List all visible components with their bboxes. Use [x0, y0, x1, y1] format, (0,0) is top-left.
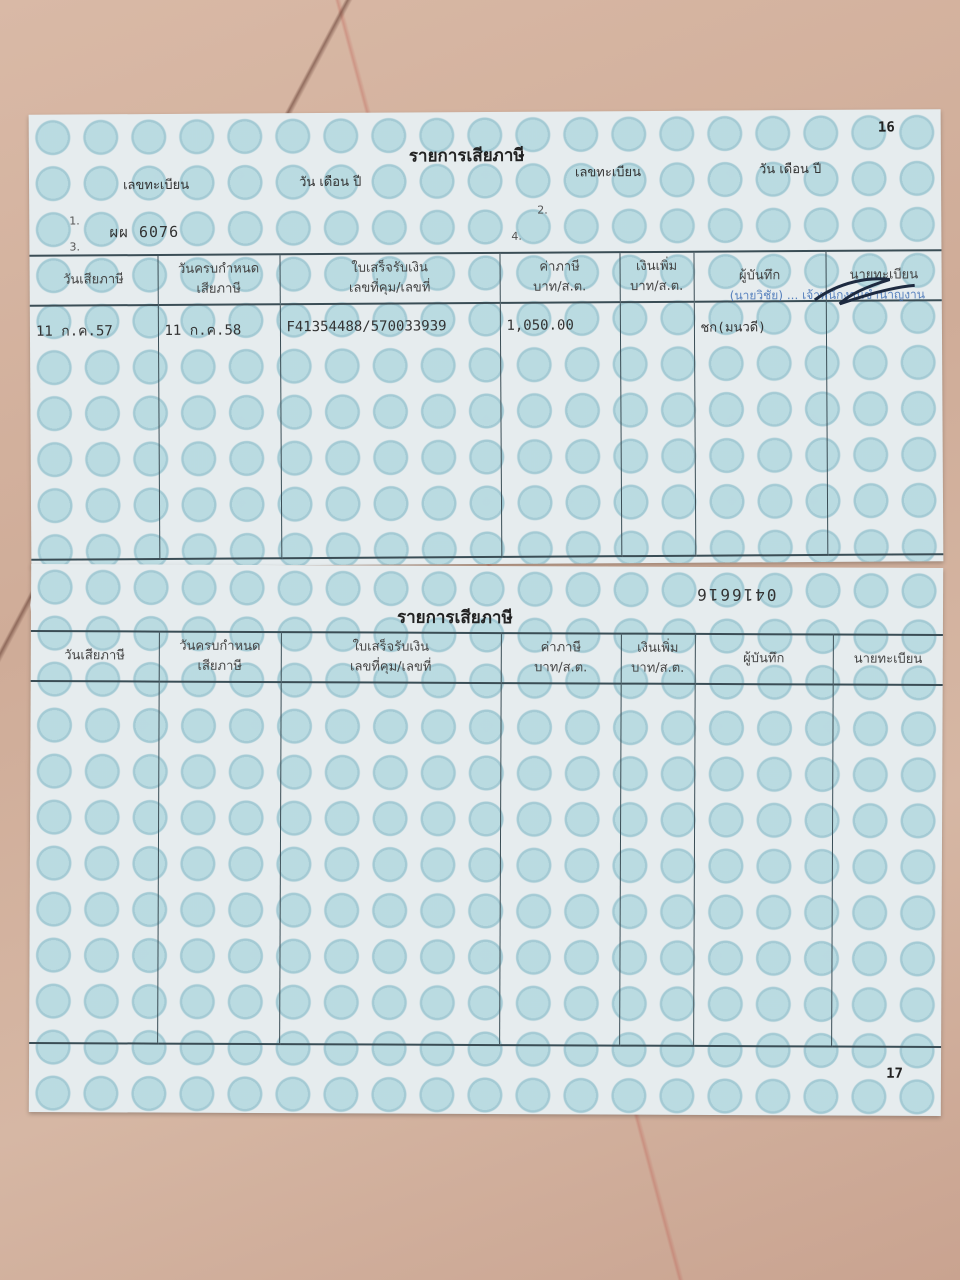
due-date: 11 ก.ค.58	[158, 304, 282, 559]
tax-record-page-17: 0416616 รายการเสียภาษี วันเสียภาษี วันคร…	[29, 564, 943, 1116]
tax-paid-date: 11 ก.ค.57	[30, 305, 160, 560]
col-due-date: วันครบกำหนดเสียภาษี	[157, 254, 279, 305]
entry-index-3: 3.	[69, 240, 80, 253]
table-row-empty	[29, 681, 943, 1047]
entry-index-2: 2.	[537, 204, 548, 217]
recorder: ชก(มนวดี)	[694, 301, 828, 556]
registration-label-right: เลขทะเบียน	[575, 161, 641, 182]
tax-record-page-16: 16 รายการเสียภาษี เลขทะเบียน วัน เดือน ป…	[29, 109, 944, 567]
entry-index-1: 1.	[69, 214, 80, 227]
col-recorder: ผู้บันทึก	[695, 634, 833, 685]
date-label-right: วัน เดือน ปี	[759, 158, 821, 179]
page-title: รายการเสียภาษี	[397, 604, 513, 632]
col-tax-amount: ค่าภาษีบาท/ส.ต.	[499, 252, 619, 303]
entry-index-4: 4.	[511, 230, 522, 243]
date-label-left: วัน เดือน ปี	[299, 171, 361, 192]
col-surcharge: เงินเพิ่มบาท/ส.ต.	[621, 634, 695, 684]
page-title: รายการเสียภาษี	[409, 142, 525, 170]
serial-number: 0416616	[695, 585, 777, 604]
page-number: 16	[878, 119, 895, 135]
col-surcharge: เงินเพิ่มบาท/ส.ต.	[619, 252, 693, 302]
tax-payment-table-bottom: วันเสียภาษี วันครบกำหนดเสียภาษี ใบเสร็จร…	[29, 630, 943, 1048]
registration-plate: ผผ 6076	[109, 220, 179, 244]
tax-amount: 1,050.00	[500, 302, 622, 557]
page-number: 17	[886, 1066, 903, 1082]
col-tax-amount: ค่าภาษีบาท/ส.ต.	[501, 633, 621, 684]
col-due-date: วันครบกำหนดเสียภาษี	[159, 632, 281, 683]
receipt-number: F41354488/570033939	[280, 303, 502, 558]
col-receipt: ใบเสร็จรับเงินเลขที่คุม/เลขที่	[281, 632, 501, 683]
surcharge	[620, 302, 696, 556]
table-header-row: วันเสียภาษี วันครบกำหนดเสียภาษี ใบเสร็จร…	[31, 631, 943, 685]
col-receipt: ใบเสร็จรับเงินเลขที่คุม/เลขที่	[279, 253, 499, 304]
col-tax-paid-date: วันเสียภาษี	[29, 255, 157, 306]
signature-icon	[810, 271, 920, 312]
registrar	[826, 300, 944, 555]
table-row: 11 ก.ค.57 11 ก.ค.58 F41354488/570033939 …	[30, 300, 944, 560]
col-registrar: นายทะเบียน	[833, 635, 943, 685]
col-tax-paid-date: วันเสียภาษี	[31, 631, 159, 682]
registration-label-left: เลขทะเบียน	[123, 174, 189, 195]
